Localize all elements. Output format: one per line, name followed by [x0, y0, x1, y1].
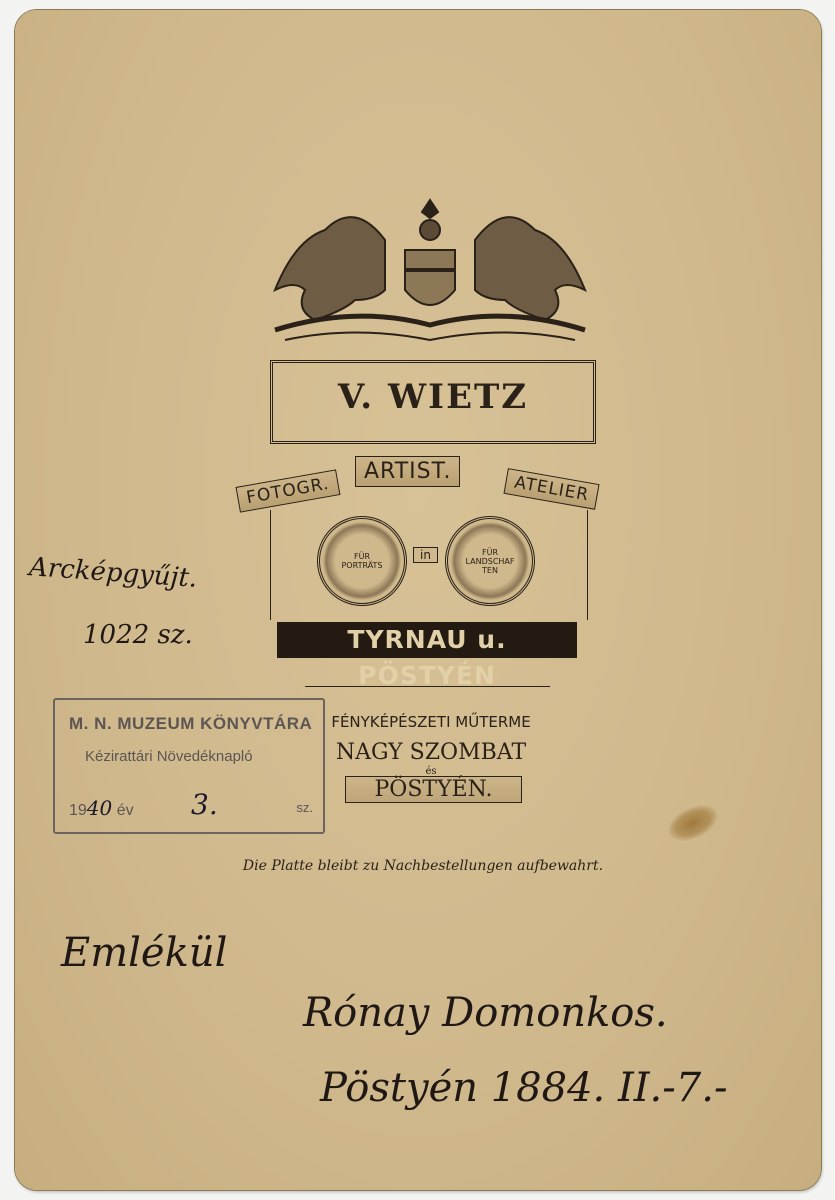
divider: [305, 686, 550, 687]
medal-text: FÜR: [448, 548, 532, 557]
photographer-name: V. WIETZ: [273, 377, 593, 417]
plate-note: Die Platte bleibt zu Nachbestellungen au…: [213, 858, 633, 874]
stamp-year-suffix: év: [117, 802, 134, 819]
cities-banner: TYRNAU u. PÖSTYÉN: [277, 622, 577, 658]
stamp-year-prefix: 19: [69, 802, 87, 819]
stamp-year: 40: [87, 796, 112, 820]
medal-portraits: FÜR PORTRÄTS: [317, 516, 407, 606]
stamp-line-1: M. N. MUZEUM KÖNYVTÁRA: [69, 714, 312, 734]
ribbon-fotogr: FOTOGR.: [236, 469, 341, 512]
stamp-sz: sz.: [296, 800, 313, 815]
photo-card-back: V. WIETZ FOTOGR. ARTIST. ATELIER FÜR POR…: [15, 10, 821, 1190]
museum-stamp: M. N. MUZEUM KÖNYVTÁRA Kézirattári Növed…: [53, 698, 325, 834]
medal-text: TEN: [448, 566, 532, 575]
signature: Rónay Domonkos.: [303, 990, 668, 1036]
frame-line-left: [270, 510, 271, 620]
town-postyen-ribbon: PÖSTYÉN.: [345, 776, 522, 803]
ribbon-atelier: ATELIER: [503, 468, 600, 510]
medal-text: PORTRÄTS: [320, 561, 404, 570]
studio-label: FÉNYKÉPÉSZETI MŰTERME: [315, 713, 547, 731]
frame-line-right: [587, 510, 588, 620]
photographer-nameplate: V. WIETZ: [270, 360, 596, 444]
medal-landscapes: FÜR LANDSCHAF TEN: [445, 516, 535, 606]
dedication: Emlékül: [61, 930, 227, 976]
stamp-number: 3.: [191, 788, 218, 821]
medal-joiner: in: [413, 547, 438, 563]
stain-mark: [663, 798, 723, 847]
town-nagy-szombat: NAGY SZOMBAT: [315, 740, 547, 765]
place-date: Pöstyén 1884. II.-7.-: [320, 1065, 727, 1111]
medal-text: FÜR: [320, 552, 404, 561]
medal-text: LANDSCHAF: [448, 557, 532, 566]
ribbon-artist: ARTIST.: [355, 456, 460, 487]
coat-of-arms-icon: [255, 190, 605, 350]
stamp-line-3: 1940 év: [69, 796, 309, 820]
collection-note: Arcképgyűjt.: [28, 552, 198, 594]
stamp-line-2: Kézirattári Növedéknapló: [85, 748, 253, 765]
collection-number: 1022 sz.: [83, 620, 193, 650]
